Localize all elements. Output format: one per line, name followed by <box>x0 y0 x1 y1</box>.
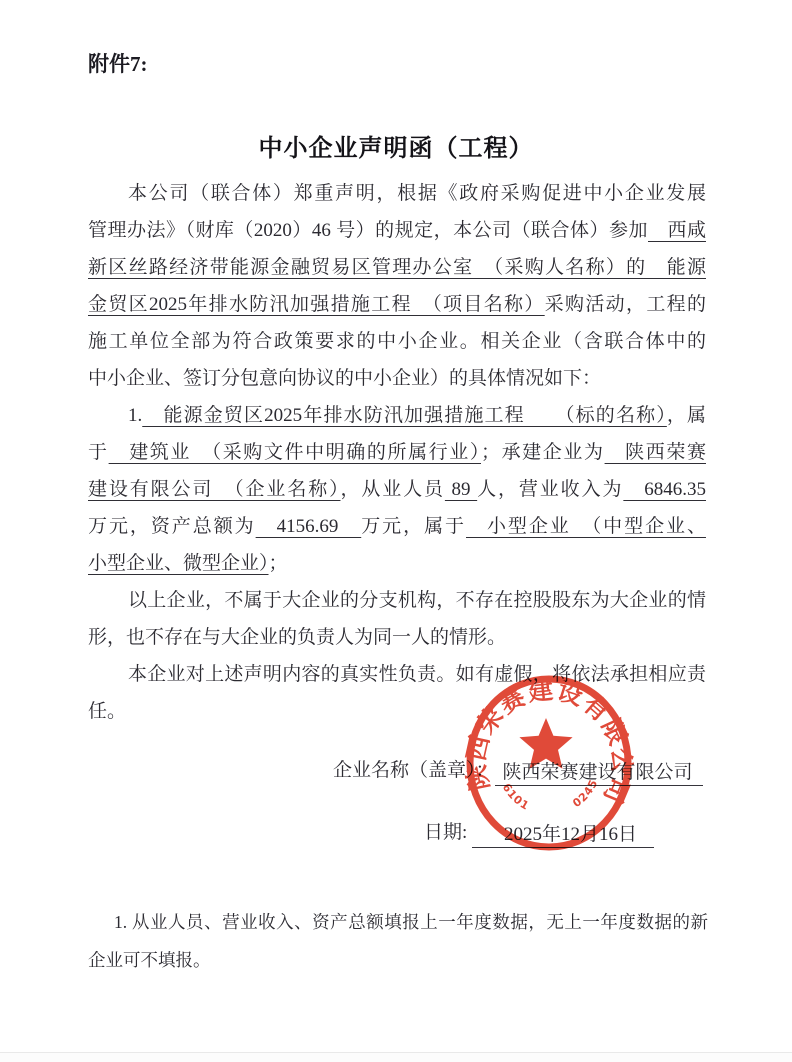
fill-in-value: 金贸区2025年排水防汛加强措施工程 （项目名称） <box>88 294 545 315</box>
text-segment: 1. <box>128 405 142 426</box>
footer-note: 1. 从业人员、营业收入、资产总额填报上一年度数据，无上一年度数据的新成立 企业… <box>88 903 708 979</box>
body-line: 金贸区2025年排水防汛加强措施工程 （项目名称）采购活动，工程的 <box>88 286 706 323</box>
fill-in-value: 6846.35 <box>623 479 706 500</box>
body-line: 1. 能源金贸区2025年排水防汛加强措施工程 （标的名称），属 <box>88 397 706 434</box>
text-segment: 管理办法》（财库（2020）46 号）的规定，本公司（联合体）参加 <box>88 220 648 241</box>
text-segment: 人，营业收入为 <box>477 479 623 500</box>
text-segment: ； <box>269 553 288 574</box>
text-segment: 本公司（联合体）郑重声明，根据《政府采购促进中小企业发展 <box>128 183 706 204</box>
note-line: 1. 从业人员、营业收入、资产总额填报上一年度数据，无上一年度数据的新成立 <box>88 903 708 941</box>
fill-in-value: 89 <box>445 479 477 500</box>
body-line: 于 建筑业 （采购文件中明确的所属行业）；承建企业为 陕西荣赛 <box>88 434 706 471</box>
text-segment: 万元，资产总额为 <box>88 516 256 537</box>
text-segment: 万元，属于 <box>361 516 466 537</box>
body-line: 施工单位全部为符合政策要求的中小企业。相关企业（含联合体中的 <box>88 323 706 360</box>
text-segment: 任。 <box>88 701 126 722</box>
text-segment: 以上企业，不属于大企业的分支机构，不存在控股股东为大企业的情 <box>128 590 706 611</box>
seal-serial-left: 6101 <box>500 781 532 813</box>
body-line: 以上企业，不属于大企业的分支机构，不存在控股股东为大企业的情 <box>88 582 706 619</box>
body-line: 形，也不存在与大企业的负责人为同一人的情形。 <box>88 619 706 656</box>
text-segment: 于 <box>88 442 109 463</box>
body-line: 万元，资产总额为 4156.69 万元，属于 小型企业 （中型企业、 <box>88 508 706 545</box>
page-title: 中小企业声明函（工程） <box>0 128 792 163</box>
attachment-label: 附件7: <box>88 48 148 78</box>
body-line: 中小企业、签订分包意向协议的中小企业）的具体情况如下： <box>88 360 706 397</box>
fill-in-value: 小型企业 （中型企业、 <box>466 516 706 537</box>
body-line: 新区丝路经济带能源金融贸易区管理办公室 （采购人名称）的 能源 <box>88 249 706 286</box>
fill-in-value: 西咸 <box>648 220 706 241</box>
note-line: 企业可不填报。 <box>88 941 708 979</box>
fill-in-value: 4156.69 <box>256 516 362 537</box>
document-page: 附件7: 中小企业声明函（工程） 本公司（联合体）郑重声明，根据《政府采购促进中… <box>0 0 792 1062</box>
declaration-body: 本公司（联合体）郑重声明，根据《政府采购促进中小企业发展 管理办法》（财库（20… <box>88 175 706 730</box>
fill-in-value: 建设有限公司 （企业名称） <box>88 479 340 500</box>
text-segment: 企业可不填报。 <box>88 950 211 970</box>
text-segment: ，从业人员 <box>340 479 444 500</box>
text-segment: ，属 <box>667 405 706 426</box>
text-segment: 施工单位全部为符合政策要求的中小企业。相关企业（含联合体中的 <box>88 331 706 352</box>
text-segment: 1. 从业人员、营业收入、资产总额填报上一年度数据，无上一年度数据的新成立 <box>88 912 708 941</box>
fill-in-value: 陕西荣赛 <box>605 442 706 463</box>
seal-serial-right: 0245 <box>570 777 600 810</box>
body-line: 建设有限公司 （企业名称），从业人员 89 人，营业收入为 6846.35 <box>88 471 706 508</box>
body-line: 本公司（联合体）郑重声明，根据《政府采购促进中小企业发展 <box>88 175 706 212</box>
body-line: 管理办法》（财库（2020）46 号）的规定，本公司（联合体）参加 西咸 <box>88 212 706 249</box>
star-icon <box>519 718 572 769</box>
page-below-area <box>0 1053 792 1062</box>
fill-in-value: 新区丝路经济带能源金融贸易区管理办公室 （采购人名称）的 能源 <box>88 257 706 278</box>
fill-in-value: 能源金贸区2025年排水防汛加强措施工程 （标的名称） <box>142 405 667 426</box>
fill-in-value: 建筑业 （采购文件中明确的所属行业） <box>109 442 481 463</box>
fill-in-value: 小型企业、微型企业） <box>88 553 269 574</box>
text-segment: 采购活动，工程的 <box>545 294 706 315</box>
text-segment: ；承建企业为 <box>481 442 605 463</box>
body-line: 小型企业、微型企业）； <box>88 545 706 582</box>
text-segment: 形，也不存在与大企业的负责人为同一人的情形。 <box>88 627 506 648</box>
text-segment: 中小企业、签订分包意向协议的中小企业）的具体情况如下： <box>88 368 601 389</box>
company-seal-stamp: 陕西荣赛建设有限公司 6101 0245 <box>459 672 639 856</box>
